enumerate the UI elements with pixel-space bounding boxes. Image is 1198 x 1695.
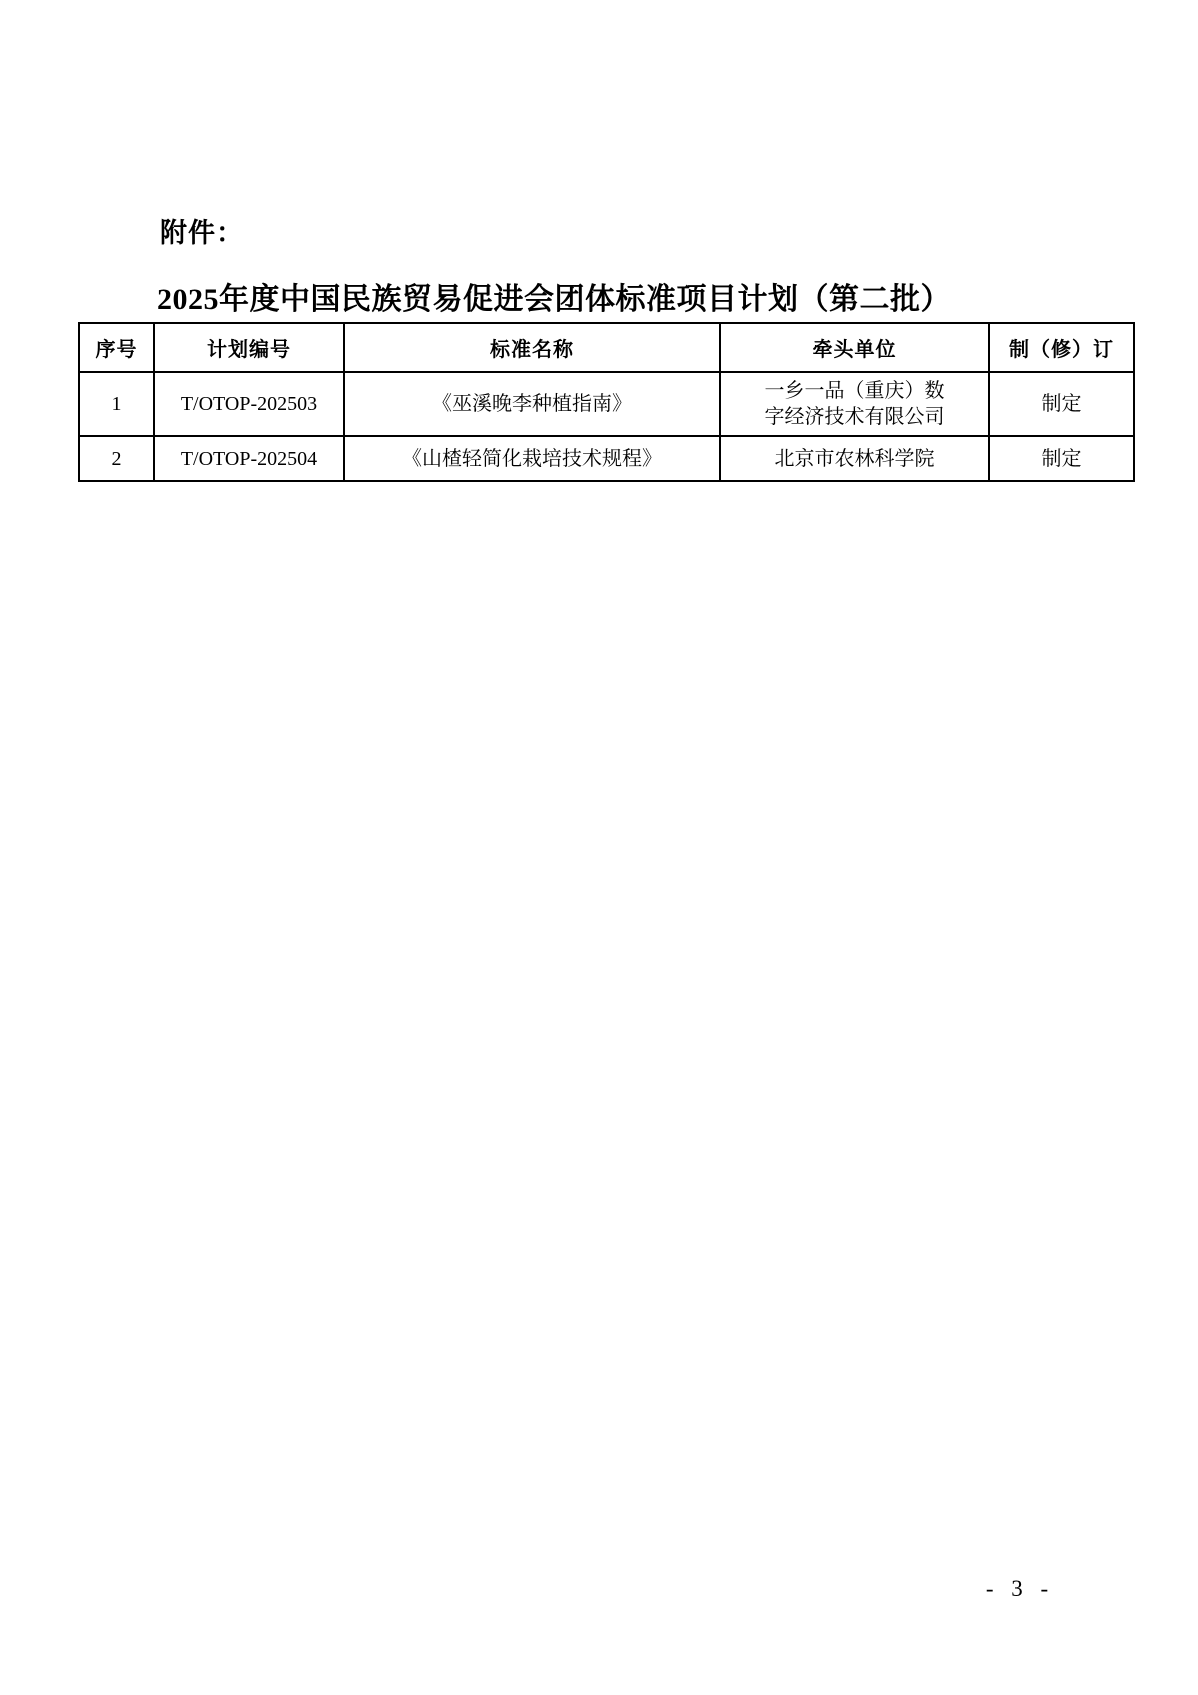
column-header-revision-type: 制（修）订 xyxy=(989,323,1134,372)
attachment-label: 附件： xyxy=(160,211,244,250)
document-title: 2025年度中国民族贸易促进会团体标准项目计划（第二批） xyxy=(157,274,951,318)
table-header-row: 序号 计划编号 标准名称 牵头单位 制（修）订 xyxy=(79,323,1134,372)
table-row: 1 T/OTOP-202503 《巫溪晚李种植指南》 一乡一品（重庆）数字经济技… xyxy=(79,372,1134,436)
page-number: - 3 - xyxy=(955,1576,1085,1602)
column-header-no: 序号 xyxy=(79,323,154,372)
table-row: 2 T/OTOP-202504 《山楂轻简化栽培技术规程》 北京市农林科学院 制… xyxy=(79,436,1134,481)
cell-lead-unit: 一乡一品（重庆）数字经济技术有限公司 xyxy=(720,372,989,436)
cell-standard-name: 《山楂轻简化栽培技术规程》 xyxy=(344,436,720,481)
cell-plan-code: T/OTOP-202504 xyxy=(154,436,344,481)
cell-plan-code: T/OTOP-202503 xyxy=(154,372,344,436)
column-header-plan-code: 计划编号 xyxy=(154,323,344,372)
column-header-standard-name: 标准名称 xyxy=(344,323,720,372)
column-header-lead-unit: 牵头单位 xyxy=(720,323,989,372)
cell-revision-type: 制定 xyxy=(989,436,1134,481)
cell-no: 2 xyxy=(79,436,154,481)
standards-plan-table: 序号 计划编号 标准名称 牵头单位 制（修）订 1 T/OTOP-202503 … xyxy=(78,322,1135,482)
document-page: 附件： 2025年度中国民族贸易促进会团体标准项目计划（第二批） 序号 计划编号… xyxy=(0,0,1198,1695)
cell-standard-name: 《巫溪晚李种植指南》 xyxy=(344,372,720,436)
cell-revision-type: 制定 xyxy=(989,372,1134,436)
cell-no: 1 xyxy=(79,372,154,436)
cell-lead-unit: 北京市农林科学院 xyxy=(720,436,989,481)
